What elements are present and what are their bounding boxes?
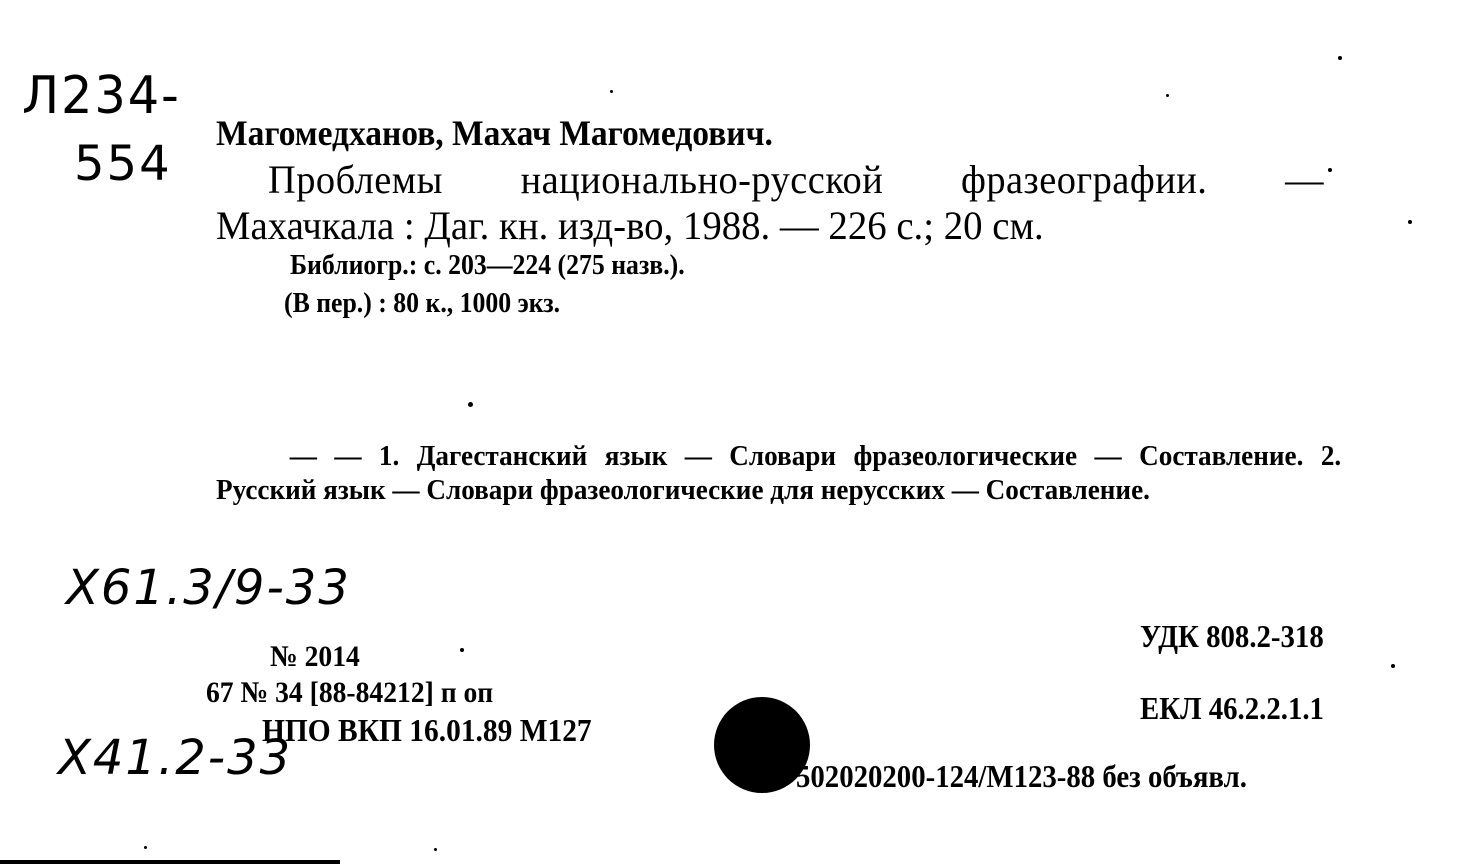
print-info-1: 67 № 34 [88-84212] п оп [206, 676, 493, 710]
scan-speck [468, 402, 473, 407]
scan-edge-line [0, 860, 340, 864]
card-number: № 2014 [270, 640, 360, 674]
title-word: национально-русской [521, 156, 884, 203]
punch-hole [714, 697, 810, 793]
scan-speck [144, 846, 147, 849]
author-heading: Магомедханов, Махач Магомедович. [216, 112, 773, 154]
title-dash: — [1285, 156, 1324, 203]
scan-speck [1328, 168, 1332, 172]
scan-speck [1338, 56, 1342, 60]
udk-index: УДК 808.2-318 [1140, 618, 1324, 655]
scan-speck [1166, 94, 1169, 97]
subject-tracings: — — 1. Дагестанский язык — Словари фразе… [216, 440, 1341, 508]
binding-price-note: (В пер.) : 80 к., 1000 экз. [284, 288, 560, 320]
scan-speck [610, 90, 613, 93]
publisher-code: 502020200-124/М123-88 без объявл. [796, 758, 1247, 795]
scan-speck [1391, 664, 1395, 668]
bibliography-note: Библиогр.: с. 203—224 (275 назв.). [290, 250, 685, 282]
imprint: Махачкала : Даг. кн. изд-во, 1988. — 226… [216, 202, 1044, 249]
handwritten-classification-1: Х61.3/9-33 [66, 560, 351, 616]
shelf-mark-line-1: Л234- [22, 70, 181, 122]
shelf-mark-line-2: 554 [74, 140, 172, 188]
handwritten-classification-2: Х41.2-33 [58, 730, 292, 786]
print-info-2: НПО ВКП 16.01.89 М127 [262, 712, 592, 749]
title-word: Проблемы [268, 156, 443, 203]
title-word: фразеографии. [961, 156, 1207, 203]
scan-speck [1408, 220, 1412, 224]
ekl-index: ЕКЛ 46.2.2.1.1 [1140, 690, 1324, 727]
scan-speck [434, 848, 437, 851]
scan-speck [460, 648, 464, 652]
title-statement: Проблемы национально-русской фразеографи… [268, 156, 1324, 203]
